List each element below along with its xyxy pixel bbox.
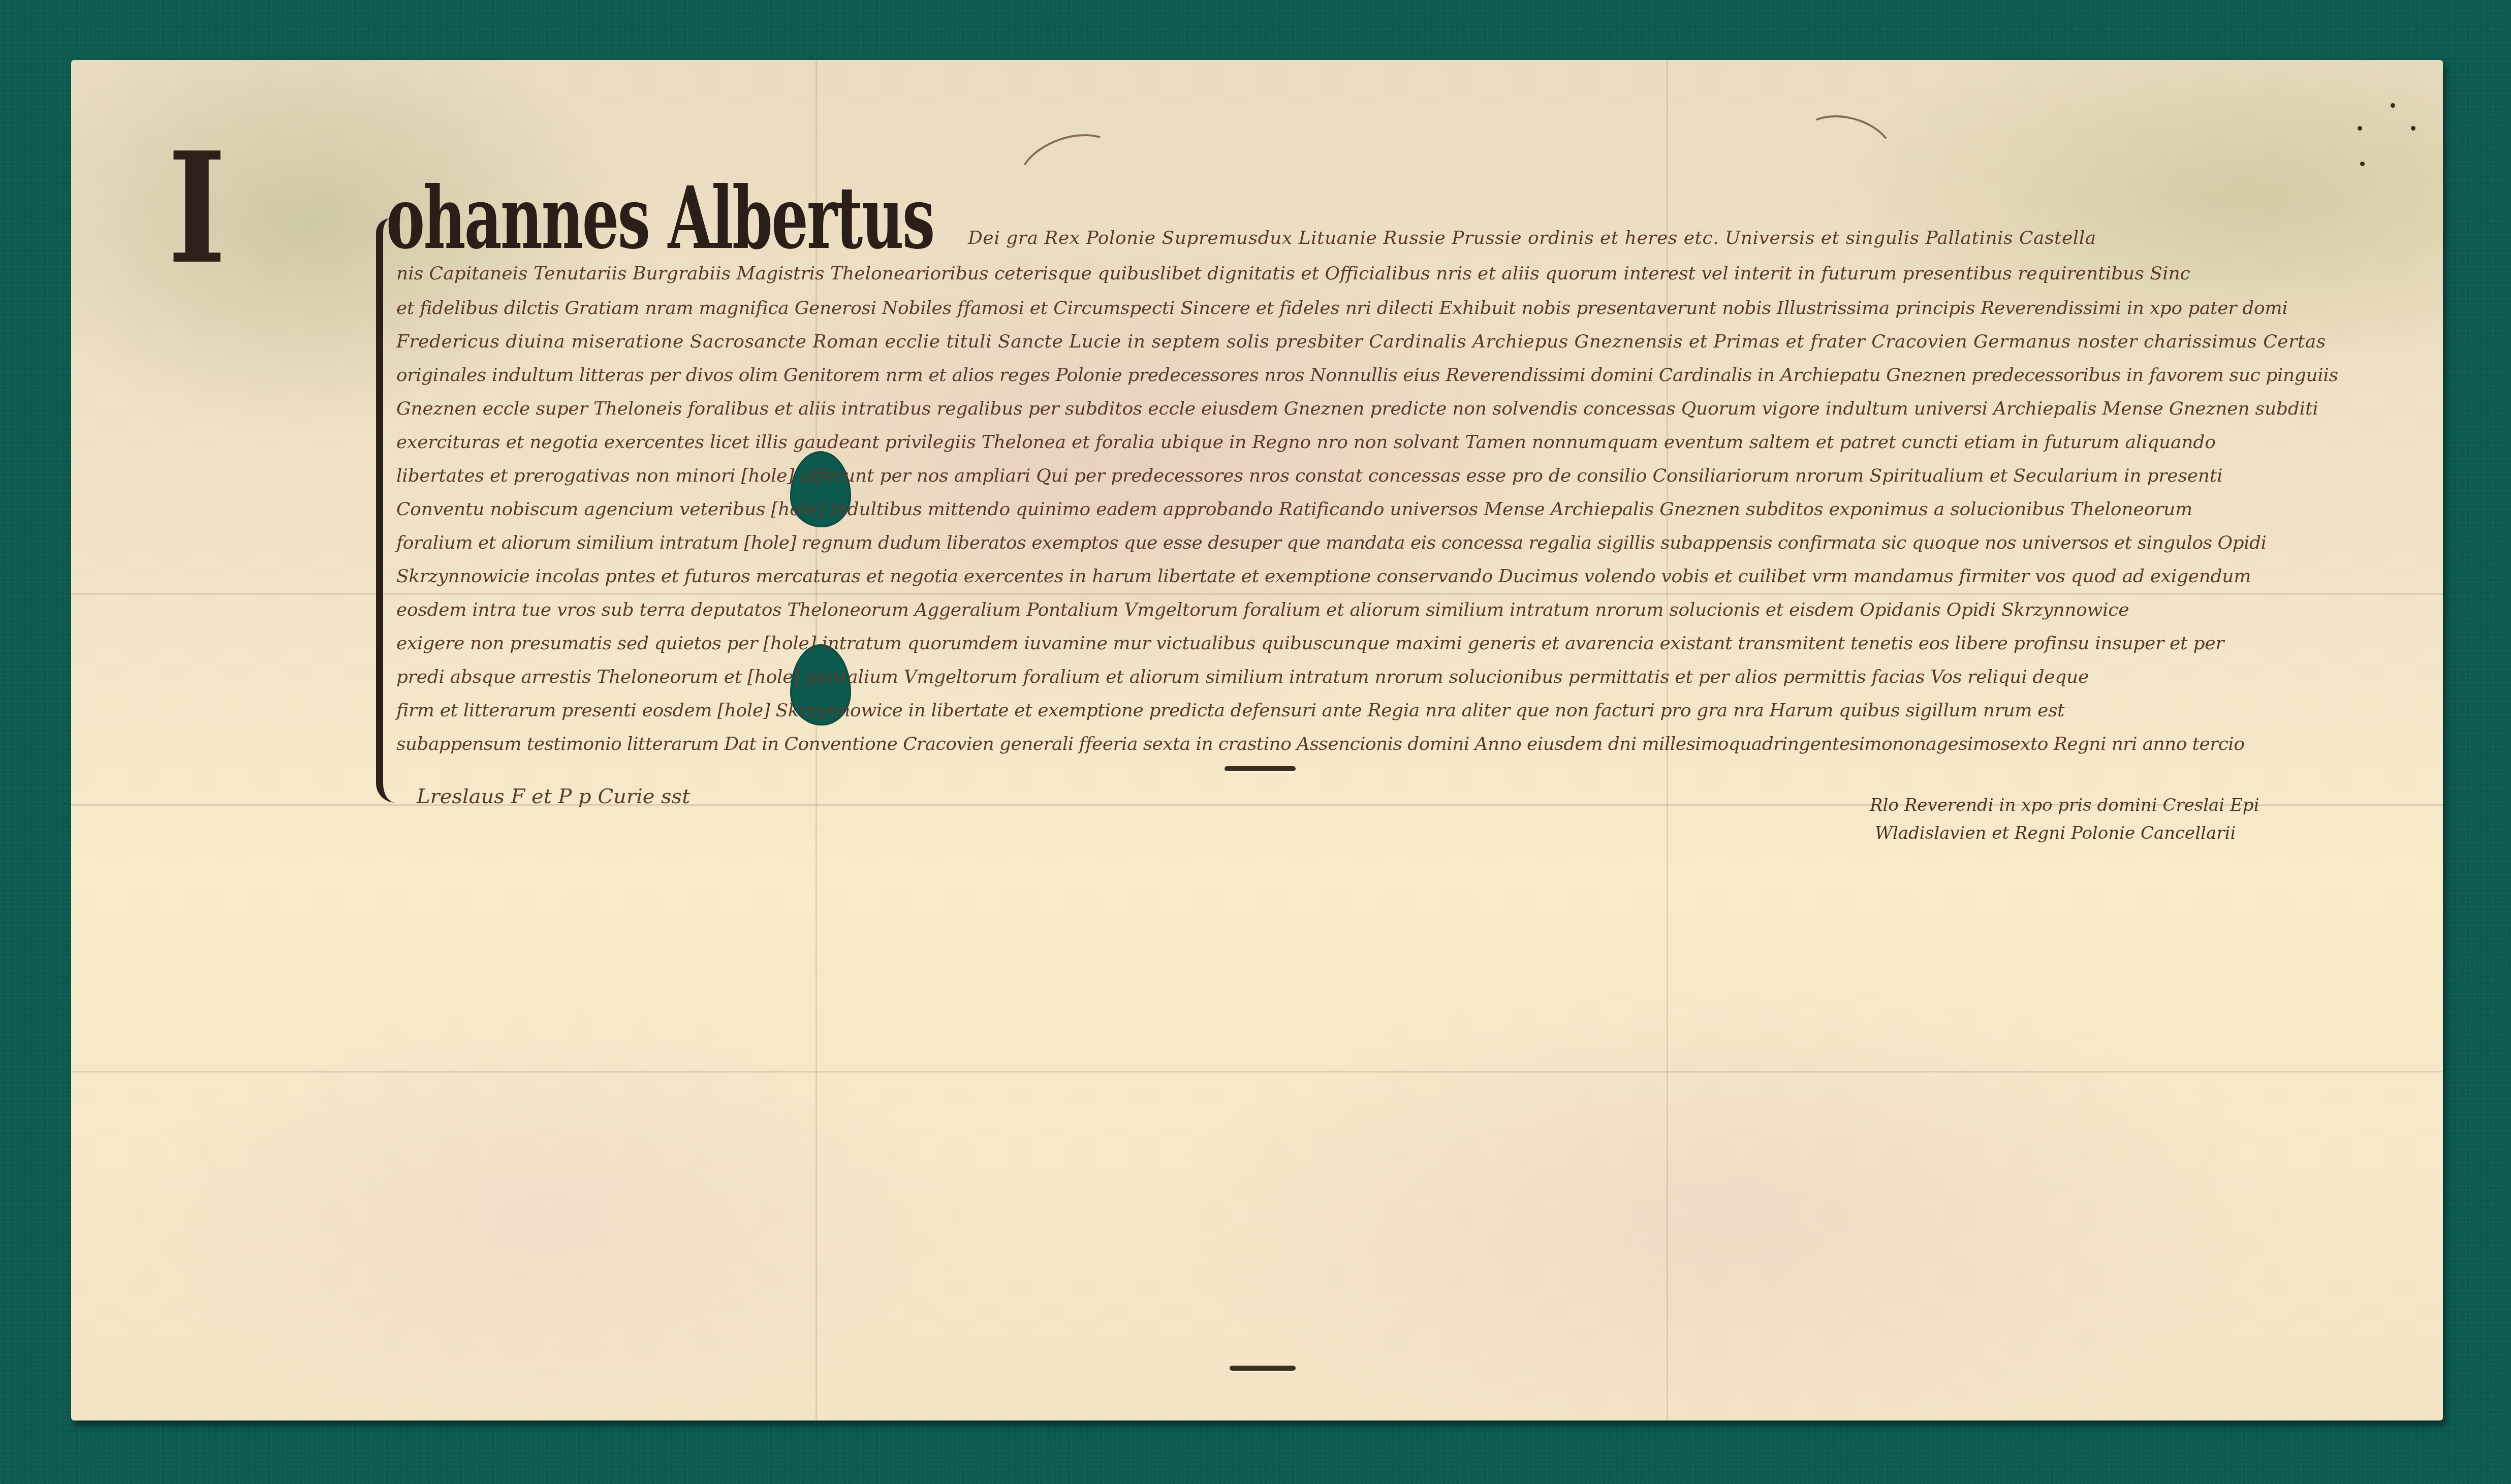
horizontal-fold-line — [71, 1071, 2443, 1072]
charter-text-line-13: exigere non presumatis sed quietos per [… — [396, 633, 2224, 654]
charter-text-line-9: Conventu nobiscum agencium veteribus [ho… — [396, 499, 2192, 520]
pin-hole — [2391, 103, 2395, 108]
pin-hole — [2358, 126, 2362, 131]
chancery-note-line-2: Wladislavien et Regni Polonie Cancellari… — [1875, 823, 2236, 843]
pin-hole — [2411, 126, 2415, 131]
charter-text-line-1: Dei gra Rex Polonie Supremusdux Lituanie… — [968, 228, 2096, 248]
charter-text-line-7: exercituras et negotia exercentes licet … — [396, 432, 2216, 453]
charter-text-line-8: libertates et prerogativas non minori [h… — [396, 465, 2222, 486]
charter-text-line-2: nis Capitaneis Tenutariis Burgrabiis Mag… — [396, 263, 2190, 284]
slit-upper — [1225, 766, 1296, 771]
charter-text-line-5: originales indultum litteras per divos o… — [396, 365, 2338, 386]
slit-lower — [1230, 1366, 1296, 1371]
charter-text-line-6: Gneznen eccle super Theloneis foralibus … — [396, 398, 2318, 419]
initial-letter-descender — [376, 218, 395, 803]
charter-text-line-3: et fidelibus dilctis Gratiam nram magnif… — [396, 298, 2287, 319]
charter-text-line-4: Fredericus diuina miseratione Sacrosanct… — [396, 331, 2326, 352]
charter-text-line-15: firm et litterarum presenti eosdem [hole… — [396, 700, 2064, 721]
charter-text-line-14: predi absque arrestis Theloneorum et [ho… — [396, 667, 2089, 687]
scribe-signature: Lreslaus F et P p Curie sst — [417, 785, 690, 808]
decorated-initial-letter: I — [168, 132, 222, 285]
horizontal-fold-line — [71, 593, 2443, 595]
charter-heading-king-name: ohannes Albertus — [386, 168, 934, 268]
charter-text-line-12: eosdem intra tue vros sub terra deputato… — [396, 599, 2129, 620]
pin-hole — [2360, 162, 2365, 166]
chancery-note-line-1: Rlo Reverendi in xpo pris domini Creslai… — [1870, 795, 2259, 815]
charter-text-line-11: Skrzynnowicie incolas pntes et futuros m… — [396, 566, 2251, 587]
charter-text-line-16: subappensum testimonio litterarum Dat in… — [396, 734, 2244, 754]
charter-text-line-10: foralium et aliorum similium intratum [h… — [396, 532, 2267, 553]
